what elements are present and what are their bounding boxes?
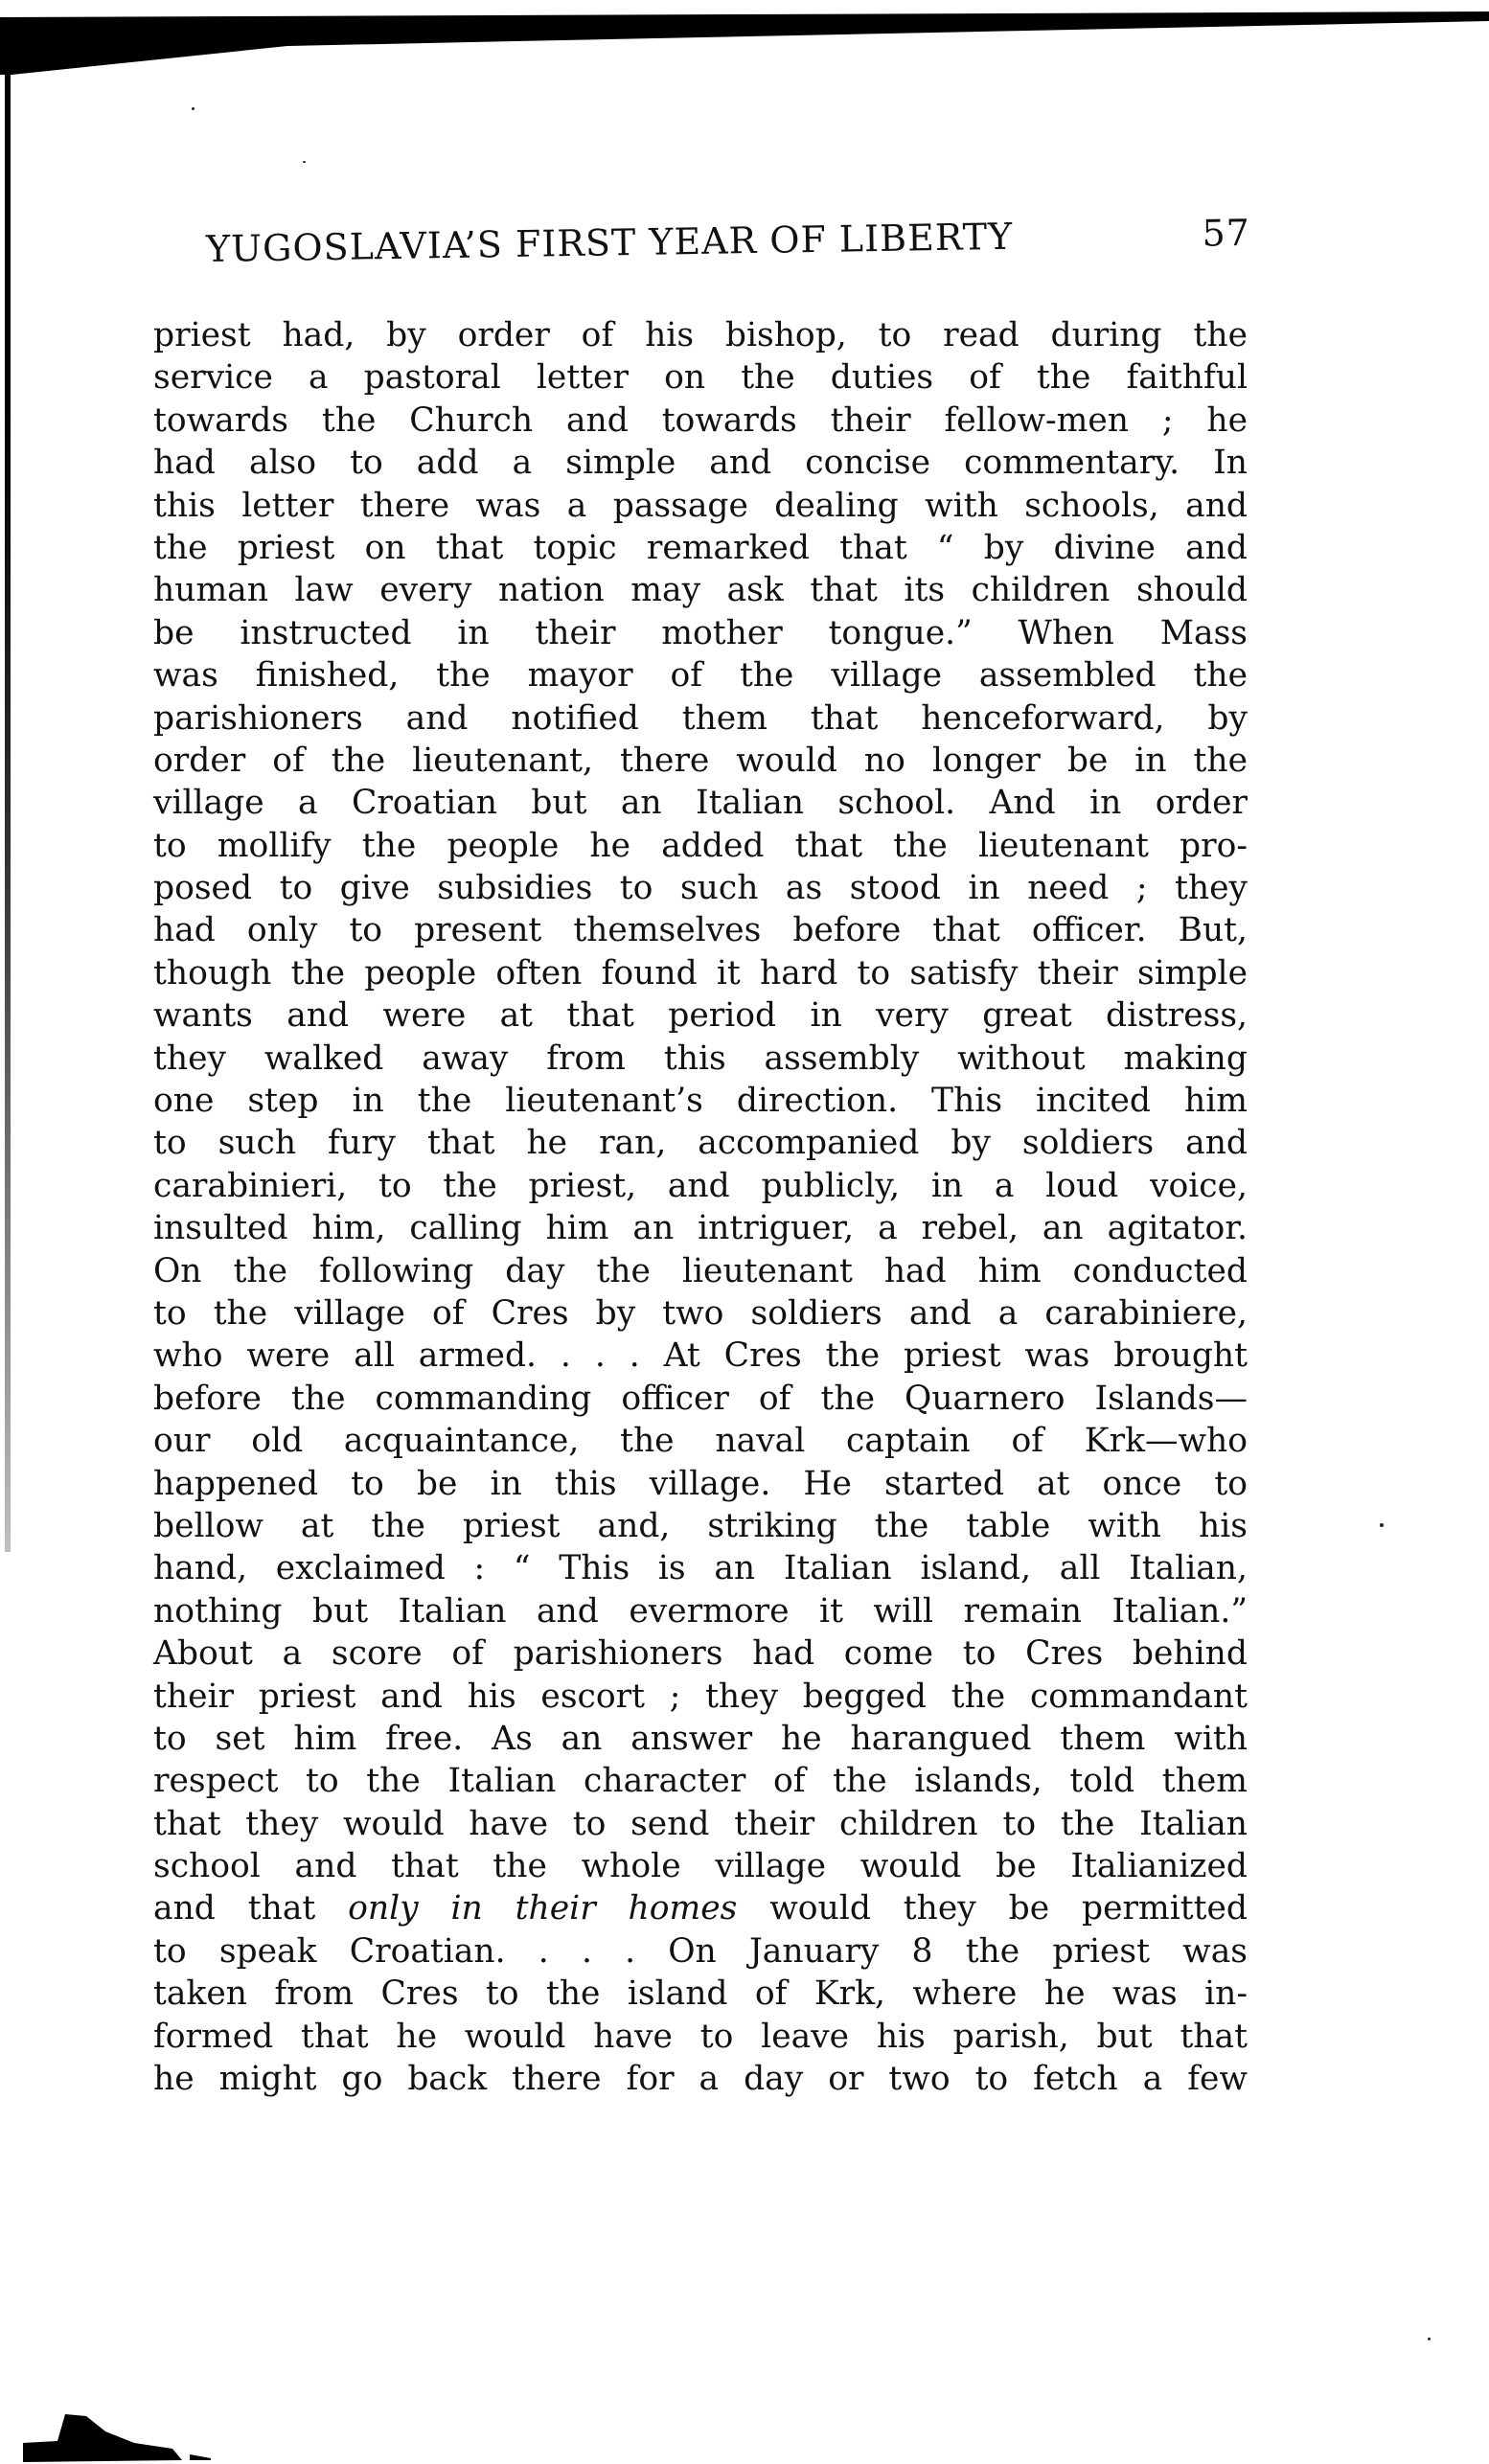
text-line: he might go back there for a day or two … [153, 2058, 1248, 2100]
text-line: carabinieri, to the priest, and publicly… [153, 1165, 1248, 1207]
text-line: respect to the Italian character of the … [153, 1760, 1248, 1802]
text-line: taken from Cres to the island of Krk, wh… [153, 1973, 1248, 2015]
text-line: to set him free. As an answer he harangu… [153, 1718, 1248, 1760]
text-line: village a Croatian but an Italian school… [153, 782, 1248, 824]
page-number: 57 [1202, 212, 1250, 255]
text-line: formed that he would have to leave his p… [153, 2016, 1248, 2058]
scan-speck [192, 107, 195, 110]
body-text: priest had, by order of his bishop, to r… [153, 314, 1248, 2100]
running-head: YUGOSLAVIA’S FIRST YEAR OF LIBERTY 57 [206, 212, 1251, 270]
text-line: one step in the lieutenant’s direction. … [153, 1080, 1248, 1122]
text-line: About a score of parishioners had come t… [153, 1632, 1248, 1675]
text-line: wants and were at that period in very gr… [153, 994, 1248, 1037]
text-line: to mollify the people he added that the … [153, 825, 1248, 867]
text-line: posed to give subsidies to such as stood… [153, 867, 1248, 909]
text-line: happened to be in this village. He start… [153, 1463, 1248, 1505]
text-line: they walked away from this assembly with… [153, 1038, 1248, 1080]
text-line: the priest on that topic remarked that “… [153, 527, 1248, 569]
text-line: parishioners and notified them that henc… [153, 697, 1248, 740]
text-line: to such fury that he ran, accompanied by… [153, 1122, 1248, 1164]
text-line: insulted him, calling him an intriguer, … [153, 1207, 1248, 1249]
running-head-title: YUGOSLAVIA’S FIRST YEAR OF LIBERTY [206, 216, 1014, 270]
text-line: to the village of Cres by two soldiers a… [153, 1292, 1248, 1335]
text-line: this letter there was a passage dealing … [153, 485, 1248, 527]
text-line: was finished, the mayor of the village a… [153, 654, 1248, 696]
text-line: that they would have to send their child… [153, 1803, 1248, 1845]
scan-speck [1380, 1523, 1384, 1527]
text-line-with-emphasis: and that only in their homes would they … [153, 1887, 1248, 1929]
text-line: bellow at the priest and, striking the t… [153, 1505, 1248, 1547]
text-line: human law every nation may ask that its … [153, 569, 1248, 611]
text-line: hand, exclaimed : “ This is an Italian i… [153, 1547, 1248, 1589]
scan-speck [303, 161, 306, 163]
text-line: nothing but Italian and evermore it will… [153, 1590, 1248, 1632]
text-line: towards the Church and towards their fel… [153, 399, 1248, 442]
scan-corner-artifact [19, 2376, 211, 2464]
text-line: priest had, by order of his bishop, to r… [153, 314, 1248, 356]
scan-left-edge [5, 19, 11, 1552]
emphasized-phrase: only in their homes [348, 1889, 737, 1928]
text-line: school and that the whole village would … [153, 1845, 1248, 1887]
text-line: before the commanding officer of the Qua… [153, 1378, 1248, 1420]
text-line: to speak Croatian. . . . On January 8 th… [153, 1930, 1248, 1973]
text-line: our old acquaintance, the naval captain … [153, 1420, 1248, 1462]
text-line: service a pastoral letter on the duties … [153, 356, 1248, 399]
text-line: had only to present themselves before th… [153, 909, 1248, 951]
scan-speck [1428, 2338, 1431, 2340]
text-line: their priest and his escort ; they begge… [153, 1676, 1248, 1718]
scan-edge-shadow [0, 0, 1489, 77]
text-line: who were all armed. . . . At Cres the pr… [153, 1335, 1248, 1377]
text-line: order of the lieutenant, there would no … [153, 740, 1248, 782]
text-line: though the people often found it hard to… [153, 952, 1248, 994]
text-line: On the following day the lieutenant had … [153, 1250, 1248, 1292]
text-line: had also to add a simple and concise com… [153, 442, 1248, 484]
text-line: be instructed in their mother tongue.” W… [153, 612, 1248, 654]
